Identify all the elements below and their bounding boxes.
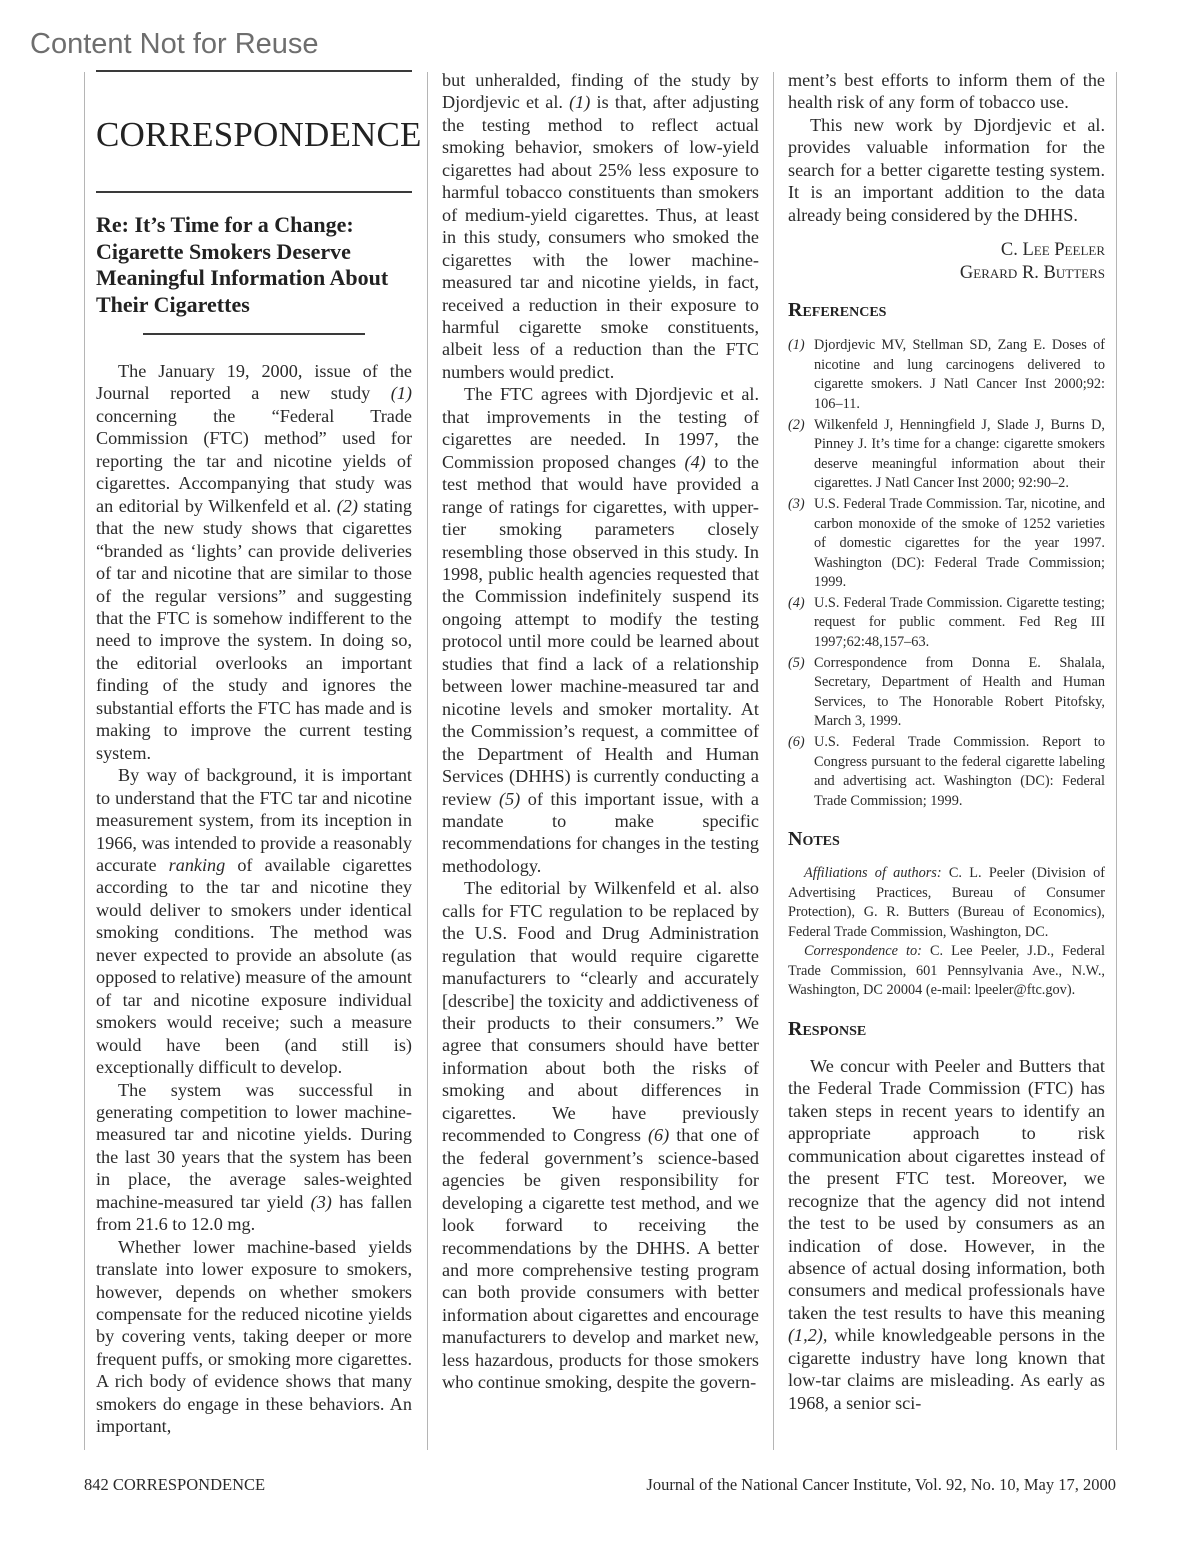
page-footer-section: 842 CORRESPONDENCE [84,1475,265,1495]
reference-item: (3)U.S. Federal Trade Commission. Tar, n… [788,495,1105,593]
citation-link[interactable]: (2) [337,496,358,516]
citation-link[interactable]: (6) [648,1125,669,1145]
reference-item: (5)Correspondence from Donna E. Shalala,… [788,654,1105,732]
letter-title: Re: It’s Time for a Change: Cigarette Sm… [96,212,412,318]
column-rule-left [84,72,85,1450]
paragraph-continuation: but unheralded, finding of the study by … [442,69,759,383]
citation-link[interactable]: (1) [391,383,412,403]
paragraph-continuation: ment’s best efforts to inform them of th… [788,69,1105,114]
author-name: Gerard R. Butters [788,262,1105,285]
column-rule-2 [773,72,774,1450]
paragraph: The system was successful in generating … [96,1079,412,1236]
reference-item: (4)U.S. Federal Trade Commission. Cigare… [788,594,1105,653]
paragraph-continued: Whether lower machine-based yields trans… [96,1236,412,1438]
citation-link[interactable]: (1) [569,92,590,112]
references-heading: References [788,298,1105,322]
column-rule-1 [427,72,428,1450]
citation-link[interactable]: (5) [499,789,520,809]
paragraph: The FTC agrees with Djordjevic et al. th… [442,383,759,877]
affiliations-note: Affiliations of authors: C. L. Peeler (D… [788,864,1105,942]
reference-item: (6)U.S. Federal Trade Commission. Report… [788,733,1105,811]
author-signature: C. Lee Peeler Gerard R. Butters [788,239,1105,284]
paragraph: The January 19, 2000, issue of the Journ… [96,360,412,764]
section-title: CORRESPONDENCE [96,117,412,152]
column-3: ment’s best efforts to inform them of th… [788,69,1105,1414]
column-rule-right [1116,72,1117,1450]
paragraph: This new work by Djordjevic et al. provi… [788,114,1105,226]
response-paragraph: We concur with Peeler and Butters that t… [788,1055,1105,1414]
references-list: (1)Djordjevic MV, Stellman SD, Zang E. D… [788,336,1105,811]
response-heading: Response [788,1017,1105,1041]
emphasis: ranking [169,855,226,875]
column-1: CORRESPONDENCE Re: It’s Time for a Chang… [96,68,412,1438]
reference-item: (1)Djordjevic MV, Stellman SD, Zang E. D… [788,336,1105,414]
watermark: Content Not for Reuse [30,30,319,59]
column-2: but unheralded, finding of the study by … [442,69,759,1394]
citation-link[interactable]: (4) [685,452,706,472]
section-rule [96,191,412,193]
letter-body-col1: The January 19, 2000, issue of the Journ… [96,360,412,1438]
notes-heading: Notes [788,827,1105,851]
notes-body: Affiliations of authors: C. L. Peeler (D… [788,864,1105,1001]
correspondence-note: Correspondence to: C. Lee Peeler, J.D., … [788,942,1105,1001]
paragraph: The editorial by Wilkenfeld et al. also … [442,877,759,1393]
page-footer-journal: Journal of the National Cancer Institute… [646,1475,1116,1495]
reference-item: (2)Wilkenfeld J, Henningfield J, Slade J… [788,416,1105,494]
top-rule [96,70,412,72]
citation-link[interactable]: (1,2), [788,1325,827,1345]
title-rule [143,333,365,335]
author-name: C. Lee Peeler [788,239,1105,262]
paragraph: By way of background, it is important to… [96,764,412,1078]
citation-link[interactable]: (3) [311,1192,332,1212]
